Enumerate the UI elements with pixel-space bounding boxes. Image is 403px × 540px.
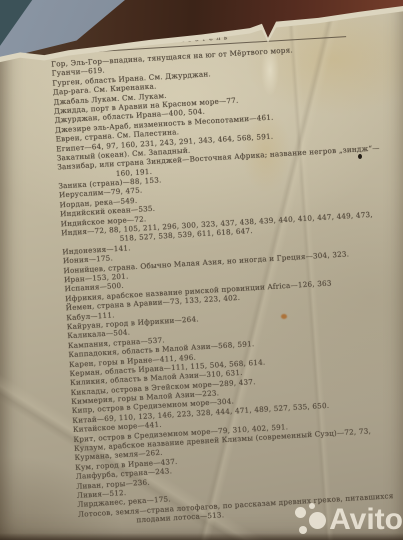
- index-entries: Гор, Эль-Гор—впадина, тянущаяся на юг от…: [51, 39, 403, 528]
- book-page: 618 Указатель Гор, Эль-Гор—впадина, тяну…: [0, 0, 403, 540]
- ink-speck: [358, 154, 362, 159]
- rust-stain-dot: [281, 314, 287, 319]
- page-content: 618 Указатель Гор, Эль-Гор—впадина, тяну…: [28, 22, 403, 529]
- avito-logo-icon: [291, 501, 328, 538]
- photo-of-book-page: 618 Указатель Гор, Эль-Гор—впадина, тяну…: [0, 0, 403, 540]
- avito-watermark-text: Avito: [329, 503, 403, 537]
- avito-watermark: Avito: [291, 501, 403, 538]
